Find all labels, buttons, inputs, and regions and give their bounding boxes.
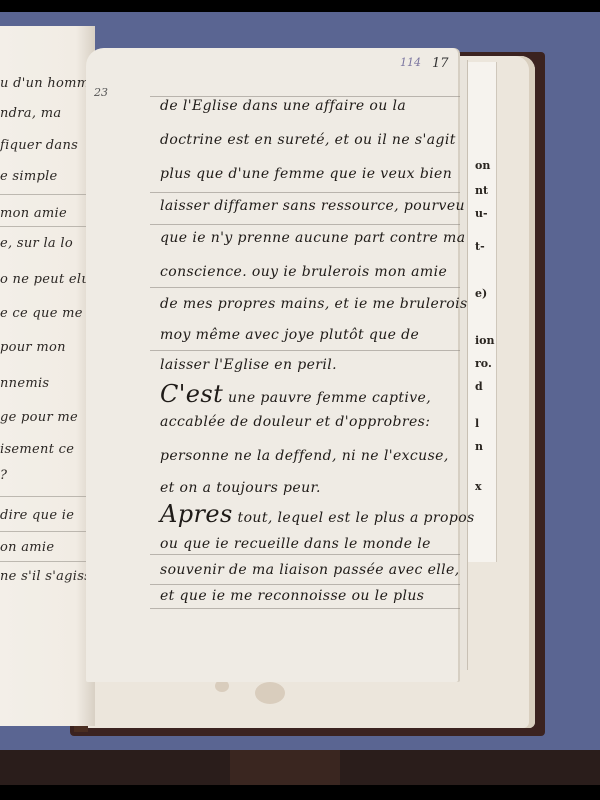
manuscript-line: de l'Eglise dans une affaire ou la	[160, 98, 406, 114]
manuscript-line: plus que d'une femme que ie veux bien	[160, 166, 452, 182]
left-page-line: ne s'il s'agiss	[0, 569, 91, 584]
manuscript-line: souvenir de ma liaison passée avec elle,	[160, 562, 460, 578]
manuscript-line: et on a toujours peur.	[160, 480, 321, 496]
underleaf-text: t-	[475, 240, 485, 253]
left-page-line: fiquer dans	[0, 138, 78, 153]
table-edge	[0, 750, 600, 785]
manuscript-line: et que ie me reconnoisse ou le plus	[160, 588, 424, 604]
manuscript-line: moy même avec joye plutôt que de	[160, 327, 419, 343]
manuscript-line: Apres tout, lequel est le plus a propos	[160, 500, 475, 528]
left-page-line: e simple	[0, 169, 58, 184]
underleaf-text: n	[475, 440, 483, 453]
underleaf-text: x	[475, 480, 482, 493]
left-page-line: ndra, ma	[0, 106, 61, 121]
manuscript-line: personne ne la deffend, ni ne l'excuse,	[160, 448, 449, 464]
manuscript-line: laisser diffamer sans ressource, pourveu	[160, 198, 465, 214]
manuscript-line: accablée de douleur et d'opprobres:	[160, 414, 430, 430]
folio-number: 17	[432, 56, 449, 71]
underleaf-text: u-	[475, 207, 488, 220]
manuscript-line: conscience. ouy ie brulerois mon amie	[160, 264, 447, 280]
margin-number: 23	[94, 86, 108, 99]
manuscript-line: de mes propres mains, et ie me brulerois	[160, 296, 468, 312]
underleaf-text: nt	[475, 184, 488, 197]
manuscript-line: ou que ie recueille dans le monde le	[160, 536, 431, 552]
manuscript-line: doctrine est en sureté, et ou il ne s'ag…	[160, 132, 456, 148]
underleaf-text: l	[475, 417, 479, 430]
manuscript-line: C'est une pauvre femme captive,	[160, 380, 431, 408]
left-page-line: e, sur la lo	[0, 236, 73, 251]
left-page-line: e ce que me	[0, 306, 83, 321]
left-page-line: on amie	[0, 540, 54, 555]
underleaf-text: d	[475, 380, 483, 393]
left-page-line: u d'un homm	[0, 76, 89, 91]
left-page-line: o ne peut elu	[0, 272, 90, 287]
paper-damage	[255, 682, 285, 704]
underleaf-text: ion	[475, 334, 495, 347]
left-page-line: mon amie	[0, 206, 67, 221]
left-page-line: isement ce	[0, 442, 74, 457]
left-page-line: pour mon	[0, 340, 66, 355]
left-page-line: dire que ie	[0, 508, 74, 523]
manuscript-line: que ie n'y prenne aucune part contre ma	[160, 230, 465, 246]
underleaf-text: e)	[475, 287, 487, 300]
left-page-line: ?	[0, 468, 7, 483]
left-page-line: ge pour me	[0, 410, 78, 425]
underleaf-text: ro.	[475, 357, 492, 370]
left-page-line: nnemis	[0, 376, 49, 391]
manuscript-line: laisser l'Eglise en peril.	[160, 357, 337, 373]
underleaf-text: on	[475, 159, 490, 172]
left-page: u d'un homm ndra, ma fiquer dans e simpl…	[0, 26, 95, 726]
folio-pencil: 114	[400, 56, 421, 69]
manuscript-photo: on nt u- t- e) ion ro. d l n x u d'un ho…	[0, 12, 600, 785]
